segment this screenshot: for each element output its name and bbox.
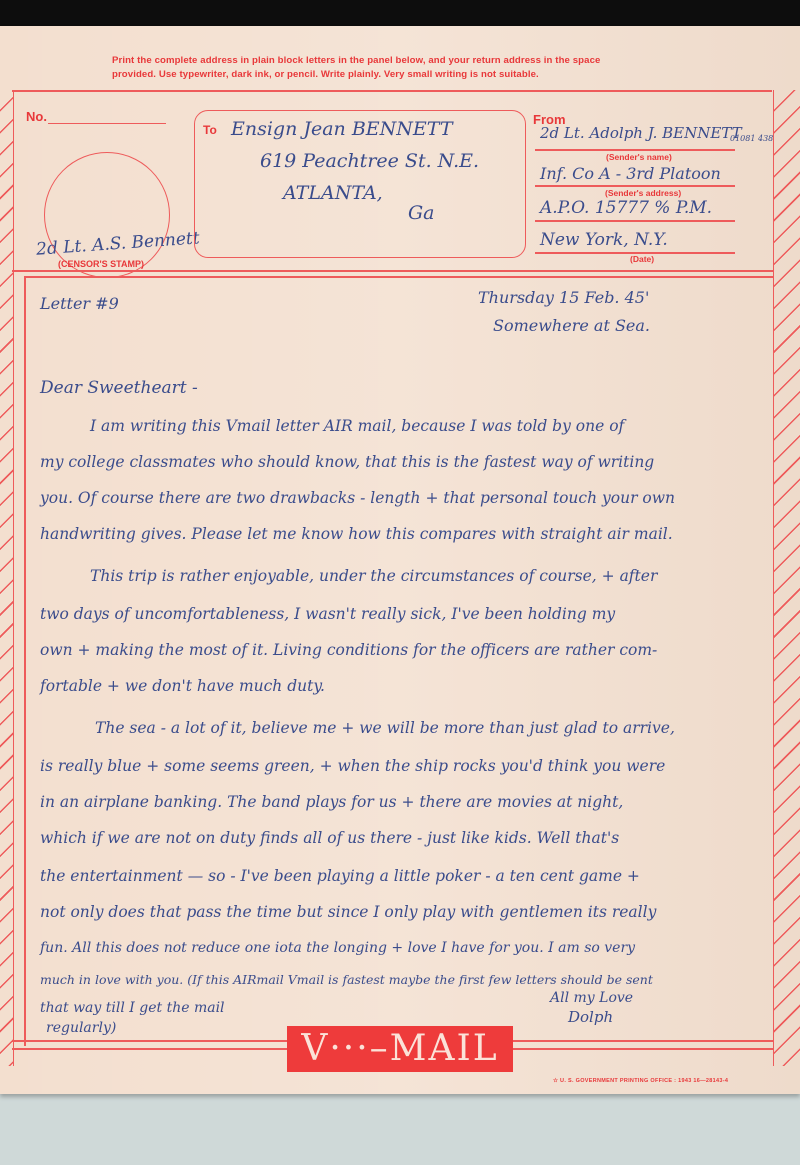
- body-line: I am writing this Vmail letter AIR mail,…: [90, 416, 624, 436]
- vmail-letter-sheet: Print the complete address in plain bloc…: [0, 26, 800, 1094]
- body-line: two days of uncomfortableness, I wasn't …: [40, 604, 615, 624]
- letter-date: Thursday 15 Feb. 45': [478, 288, 649, 307]
- sender-name: 2d Lt. Adolph J. BENNETT: [540, 124, 742, 142]
- number-label: No.: [26, 109, 47, 124]
- censor-stamp-label: (CENSOR'S STAMP): [58, 259, 144, 269]
- inner-left-rule: [24, 276, 26, 1046]
- body-line: fortable + we don't have much duty.: [40, 676, 325, 696]
- body-line: regularly): [46, 1018, 116, 1038]
- to-label: To: [203, 123, 217, 137]
- sender-serial: 01081 438: [730, 134, 773, 143]
- instructions-line-2: provided. Use typewriter, dark ink, or p…: [112, 68, 672, 82]
- recipient-city: ATLANTA,: [283, 182, 383, 204]
- sender-apo-line: [535, 220, 735, 222]
- date-caption: (Date): [630, 254, 654, 264]
- sender-address-line: [535, 185, 735, 187]
- printer-mark: ☆ U. S. GOVERNMENT PRINTING OFFICE : 194…: [553, 1078, 728, 1084]
- recipient-street: 619 Peachtree St. N.E.: [260, 150, 479, 172]
- salutation: Dear Sweetheart -: [40, 378, 198, 398]
- sender-city: New York, N.Y.: [540, 230, 668, 250]
- body-line: that way till I get the mail: [40, 998, 225, 1018]
- body-line: you. Of course there are two drawbacks -…: [40, 488, 675, 508]
- sender-apo: A.P.O. 15777 % P.M.: [540, 198, 712, 218]
- recipient-name: Ensign Jean BENNETT: [231, 118, 453, 140]
- instructions-line-1: Print the complete address in plain bloc…: [112, 54, 672, 68]
- right-hatched-border: [773, 90, 800, 1066]
- sender-name-caption: (Sender's name): [606, 152, 672, 162]
- number-line: [48, 123, 166, 124]
- letter-number: Letter #9: [40, 294, 119, 313]
- body-line: in an airplane banking. The band plays f…: [40, 792, 623, 812]
- scanner-top-edge: [0, 0, 800, 26]
- body-line: The sea - a lot of it, believe me + we w…: [95, 718, 675, 738]
- top-rule: [12, 90, 772, 92]
- body-line: not only does that pass the time but sin…: [40, 902, 656, 922]
- signature: Dolph: [568, 1008, 613, 1026]
- body-line: handwriting gives. Please let me know ho…: [40, 524, 673, 544]
- sender-address-caption: (Sender's address): [605, 188, 681, 198]
- body-line: This trip is rather enjoyable, under the…: [90, 566, 657, 586]
- body-line: own + making the most of it. Living cond…: [40, 640, 657, 660]
- body-line: is really blue + some seems green, + whe…: [40, 756, 665, 776]
- body-line: the entertainment — so - I've been playi…: [40, 866, 640, 886]
- letter-place: Somewhere at Sea.: [493, 316, 650, 335]
- closing: All my Love: [550, 990, 633, 1006]
- sender-unit: Inf. Co A - 3rd Platoon: [540, 164, 721, 183]
- body-line: much in love with you. (If this AIRmail …: [40, 970, 653, 990]
- vmail-banner: V···–MAIL: [287, 1026, 513, 1072]
- body-line: fun. All this does not reduce one iota t…: [40, 938, 635, 958]
- left-hatched-border: [0, 90, 14, 1066]
- body-line: which if we are not on duty finds all of…: [40, 828, 619, 848]
- sender-name-line: [535, 149, 735, 151]
- body-line: my college classmates who should know, t…: [40, 452, 654, 472]
- form-instructions: Print the complete address in plain bloc…: [112, 54, 672, 82]
- recipient-state: Ga: [408, 202, 435, 224]
- header-divider-2: [24, 276, 774, 278]
